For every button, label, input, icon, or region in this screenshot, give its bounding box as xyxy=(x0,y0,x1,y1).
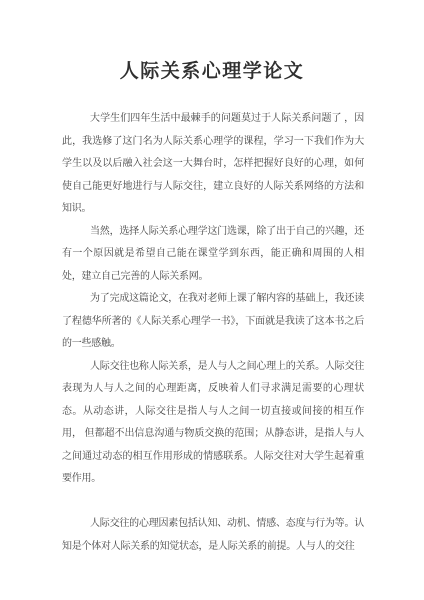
essay-body: 大学生们四年生活中最棘手的问题莫过于人际关系问题了 ，因此，我选修了这门名为人际… xyxy=(62,108,364,558)
essay-paragraph-4: 人际交往也称人际关系，是人与人之间心理上的关系。人际交往表现为人与人之间的心理距… xyxy=(62,356,364,491)
essay-paragraph-2: 当然，选择人际关系心理学这门选课，除了出于自己的兴趣，还有一个原因就是希望自己能… xyxy=(62,221,364,289)
essay-paragraph-1: 大学生们四年生活中最棘手的问题莫过于人际关系问题了 ，因此，我选修了这门名为人际… xyxy=(62,108,364,221)
document-page: 人际关系心理学论文 大学生们四年生活中最棘手的问题莫过于人际关系问题了 ，因此，… xyxy=(0,0,424,600)
essay-paragraph-3: 为了完成这篇论文，在我对老师上课了解内容的基础上，我还读了程德华所著的《人际关系… xyxy=(62,288,364,356)
essay-paragraph-5: 人际交往的心理因素包括认知、动机、情感、态度与行为等。认知是个体对人际关系的知觉… xyxy=(62,513,364,558)
essay-title: 人际关系心理学论文 xyxy=(0,0,424,83)
